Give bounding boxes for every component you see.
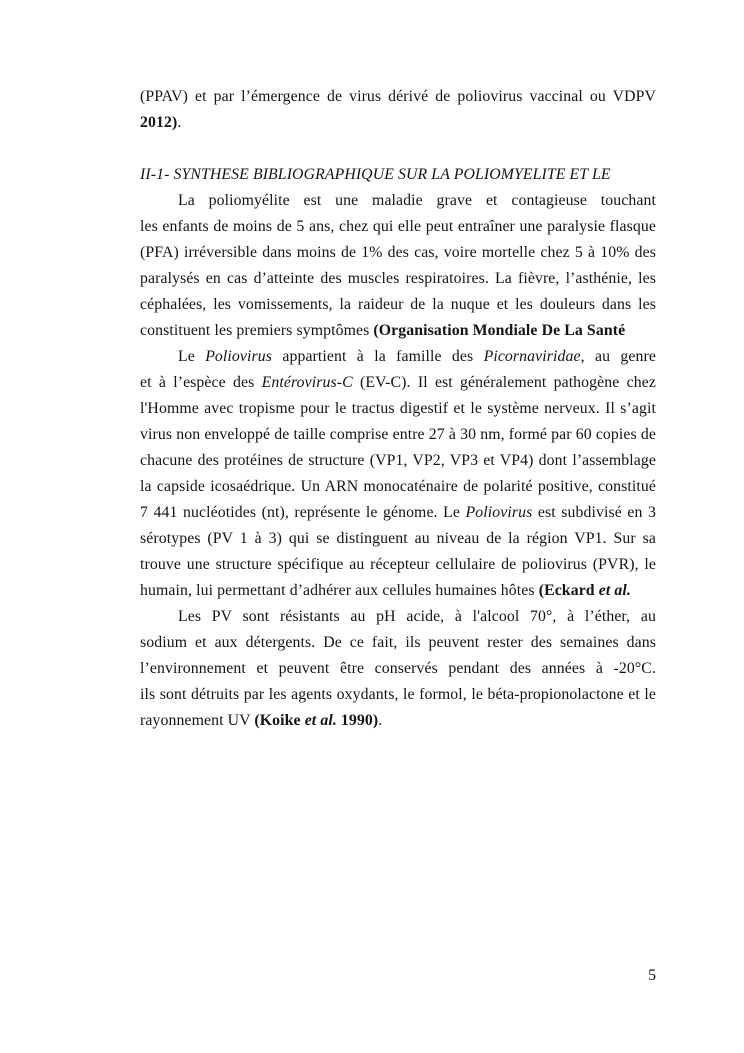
document-page: (PPAV) et par l’émergence de virus dériv… bbox=[0, 0, 744, 1053]
text-line: l’environnement et peuvent être conservé… bbox=[140, 656, 656, 682]
text-line: sérotypes (PV 1 à 3) qui se distinguent … bbox=[140, 526, 656, 552]
text-line: humain, lui permettant d’adhérer aux cel… bbox=[140, 578, 656, 604]
text-segment: (Koike bbox=[254, 712, 304, 729]
text-segment: 2012) bbox=[140, 114, 177, 131]
text-segment: Les PV sont résistants au pH acide, à l'… bbox=[140, 608, 656, 630]
section-heading: II-1- SYNTHESE BIBLIOGRAPHIQUE SUR LA PO… bbox=[140, 162, 656, 188]
page-text-column: (PPAV) et par l’émergence de virus dériv… bbox=[140, 84, 656, 734]
text-segment: constituent les premiers symptômes bbox=[140, 322, 373, 339]
text-segment: (EV-C). Il est généralement pathogène ch… bbox=[353, 374, 656, 391]
text-segment: (Eckard bbox=[539, 582, 599, 599]
text-segment: les enfants de moins de 5 ans, chez qui … bbox=[140, 218, 656, 240]
text-segment: . bbox=[177, 114, 181, 131]
text-line: chacune des protéines de structure (VP1,… bbox=[140, 448, 656, 474]
page-number: 5 bbox=[140, 963, 656, 989]
text-segment: 1990) bbox=[337, 712, 378, 729]
text-segment: sodium et aux détergents. De ce fait, il… bbox=[140, 634, 656, 651]
text-segment: l'Homme avec tropisme pour le tractus di… bbox=[140, 400, 656, 422]
blank-space bbox=[140, 136, 656, 162]
text-line: virus non enveloppé de taille comprise e… bbox=[140, 422, 656, 448]
paragraph-resistance: Les PV sont résistants au pH acide, à l'… bbox=[140, 604, 656, 734]
text-line: rayonnement UV (Koike et al. 1990). bbox=[140, 708, 656, 734]
blank-line bbox=[140, 136, 656, 162]
text-line: les enfants de moins de 5 ans, chez qui … bbox=[140, 214, 656, 240]
text-segment: (PFA) irréversible dans moins de 1% des … bbox=[140, 244, 656, 266]
text-segment: (PPAV) et par l’émergence de virus dériv… bbox=[140, 88, 656, 105]
text-segment: chacune des protéines de structure (VP1,… bbox=[140, 452, 656, 474]
text-line: La poliomyélite est une maladie grave et… bbox=[140, 188, 656, 214]
text-segment: rayonnement UV bbox=[140, 712, 254, 729]
text-segment: Picornaviridae bbox=[484, 348, 581, 365]
text-segment: l’environnement et peuvent être conservé… bbox=[140, 660, 656, 682]
text-segment: II-1- SYNTHESE BIBLIOGRAPHIQUE SUR LA PO… bbox=[140, 166, 611, 188]
text-segment: Poliovirus bbox=[205, 348, 272, 365]
text-segment: Le bbox=[178, 348, 205, 365]
paragraph-continuation: (PPAV) et par l’émergence de virus dériv… bbox=[140, 84, 656, 136]
text-segment: ils sont détruits par les agents oxydant… bbox=[140, 686, 656, 703]
text-segment: 7 441 nucléotides (nt), représente le gé… bbox=[140, 504, 466, 521]
text-line: II-1- SYNTHESE BIBLIOGRAPHIQUE SUR LA PO… bbox=[140, 162, 656, 188]
paragraph-poliovirus: Le Poliovirus appartient à la famille de… bbox=[140, 344, 656, 604]
text-line: la capside icosaédrique. Un ARN monocaté… bbox=[140, 474, 656, 500]
text-line: ils sont détruits par les agents oxydant… bbox=[140, 682, 656, 708]
text-line: constituent les premiers symptômes (Orga… bbox=[140, 318, 656, 344]
text-segment: et al. bbox=[599, 582, 631, 599]
text-segment: et al. bbox=[305, 712, 337, 729]
text-line: l'Homme avec tropisme pour le tractus di… bbox=[140, 396, 656, 422]
text-segment: et à l’espèce des bbox=[140, 374, 262, 391]
text-line: (PPAV) et par l’émergence de virus dériv… bbox=[140, 84, 656, 110]
text-line: 2012). bbox=[140, 110, 656, 136]
text-line: céphalées, les vomissements, la raideur … bbox=[140, 292, 656, 318]
text-line: 7 441 nucléotides (nt), représente le gé… bbox=[140, 500, 656, 526]
text-segment: céphalées, les vomissements, la raideur … bbox=[140, 296, 656, 318]
text-segment: , au genre bbox=[581, 348, 656, 365]
paragraph-poliomyelite: La poliomyélite est une maladie grave et… bbox=[140, 188, 656, 344]
text-line: (PFA) irréversible dans moins de 1% des … bbox=[140, 240, 656, 266]
text-segment: trouve une structure spécifique au récep… bbox=[140, 556, 656, 578]
text-segment: sérotypes (PV 1 à 3) qui se distinguent … bbox=[140, 530, 656, 552]
text-segment: Entérovirus-C bbox=[262, 374, 353, 391]
text-segment: appartient à la famille des bbox=[272, 348, 484, 365]
text-line: Le Poliovirus appartient à la famille de… bbox=[140, 344, 656, 370]
text-segment: est subdivisé en 3 bbox=[532, 504, 656, 521]
text-segment: paralysés en cas d’atteinte des muscles … bbox=[140, 270, 656, 287]
text-line: Les PV sont résistants au pH acide, à l'… bbox=[140, 604, 656, 630]
text-segment: . bbox=[378, 712, 382, 729]
text-segment: humain, lui permettant d’adhérer aux cel… bbox=[140, 582, 539, 599]
text-line: trouve une structure spécifique au récep… bbox=[140, 552, 656, 578]
text-segment: virus non enveloppé de taille comprise e… bbox=[140, 426, 656, 443]
text-segment: La poliomyélite est une maladie grave et… bbox=[140, 192, 656, 214]
text-segment: la capside icosaédrique. Un ARN monocaté… bbox=[140, 478, 656, 500]
text-line: paralysés en cas d’atteinte des muscles … bbox=[140, 266, 656, 292]
text-line: et à l’espèce des Entérovirus-C (EV-C). … bbox=[140, 370, 656, 396]
text-segment: Poliovirus bbox=[466, 504, 533, 521]
text-line: sodium et aux détergents. De ce fait, il… bbox=[140, 630, 656, 656]
